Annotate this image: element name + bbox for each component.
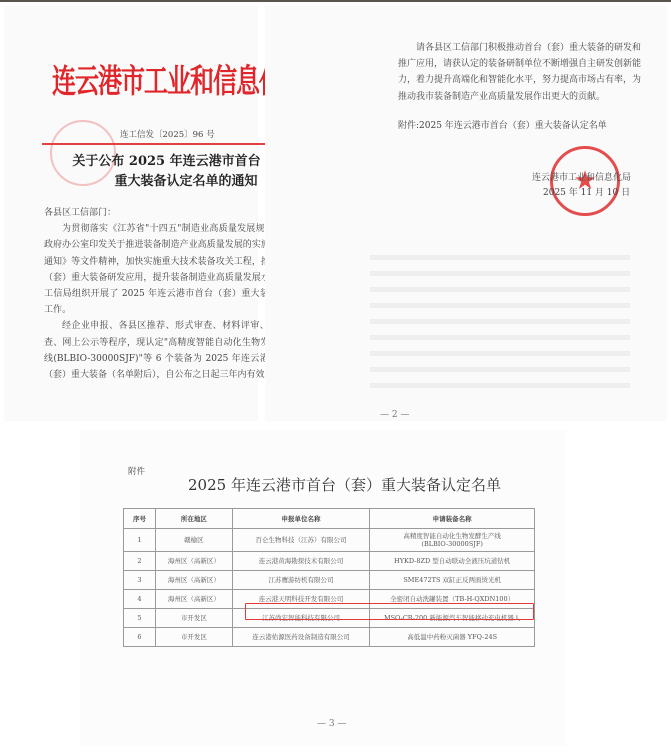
- letterhead-title: 连云港市工业和信息化局文件: [52, 54, 292, 101]
- signing-date: 2025 年 11 月 10 日: [543, 185, 630, 198]
- body-paragraph-2: 经企业申报、各县区推荐、形式审查、材料评审、现场核查、网上公示等程序，现认定"高…: [44, 318, 297, 383]
- equipment-name: 高精度智能自动化生物发酵生产线: [372, 532, 532, 540]
- cell-company: 连云港天明科技开发有限公司: [232, 590, 370, 609]
- cell-no: 3: [124, 571, 156, 590]
- cell-company: 江苏鹰游纺机有限公司: [232, 571, 370, 590]
- cell-equipment: MSO-CR-200 新能源汽车智能移动充电机器人: [370, 609, 535, 628]
- cell-company: 江苏尚宏智能科技有限公司: [232, 609, 370, 628]
- header-company: 申报单位名称: [232, 509, 370, 529]
- page-number-3: — 3 —: [317, 719, 346, 729]
- signing-authority: 连云港市工业和信息化局: [532, 170, 631, 183]
- header-equipment: 申请装备名称: [370, 509, 535, 529]
- cell-no: 6: [124, 628, 156, 647]
- window-top-border: [0, 0, 671, 2]
- cell-region: 市开发区: [155, 628, 232, 647]
- cell-no: 1: [124, 529, 156, 552]
- cell-company: 连云港佑源医药设备制造有限公司: [232, 628, 370, 647]
- document-number: 连工信发〔2025〕96 号: [120, 128, 215, 140]
- cell-equipment: 高精度智能自动化生物发酵生产线(BLBIO-30000SJF): [370, 529, 535, 552]
- cell-equipment: HYKD-8ZD 型自动联动全液压坑道钻机: [370, 552, 535, 571]
- cell-company: 百仑生物科技（江苏）有限公司: [232, 529, 370, 552]
- header-no: 序号: [124, 509, 156, 529]
- equipment-model: (BLBIO-30000SJF): [372, 540, 532, 548]
- page2-body: 请各县区工信部门积极推动首台（套）重大装备的研发和推广应用，请获认定的装备研制单…: [398, 40, 641, 105]
- salutation: 各县区工信部门：: [44, 205, 297, 221]
- table-row: 6 市开发区 连云港佑源医药设备制造有限公司 高低温中药粉灭菌器 YFQ-24S: [124, 628, 535, 647]
- bleed-through-text: [370, 255, 630, 395]
- table-row: 1 赣榆区 百仑生物科技（江苏）有限公司 高精度智能自动化生物发酵生产线(BLB…: [124, 529, 535, 552]
- list-title: 2025 年连云港市首台（套）重大装备认定名单: [188, 474, 501, 495]
- cell-no: 4: [124, 590, 156, 609]
- cell-region: 海州区（高新区）: [155, 590, 232, 609]
- cell-no: 5: [124, 609, 156, 628]
- page1-body: 各县区工信部门： 为贯彻落实《江苏省"十四五"制造业高质量发展规划》《市政府办公…: [44, 205, 297, 383]
- cell-company: 连云港黄海勘探技术有限公司: [232, 552, 370, 571]
- cell-region: 海州区（高新区）: [155, 571, 232, 590]
- equipment-list-table: 序号 所在地区 申报单位名称 申请装备名称 1 赣榆区 百仑生物科技（江苏）有限…: [123, 508, 535, 647]
- table-row: 3 海州区（高新区） 江苏鹰游纺机有限公司 SME472TS 双缸正反两面烫光机: [124, 571, 535, 590]
- attachment-label: 附件: [128, 465, 145, 477]
- table-row: 4 海州区（高新区） 连云港天明科技开发有限公司 全密闭自动洗罐装置（TB-H-…: [124, 590, 535, 609]
- cell-equipment: SME472TS 双缸正反两面烫光机: [370, 571, 535, 590]
- cell-region: 海州区（高新区）: [155, 552, 232, 571]
- page-number-2: — 2 —: [380, 410, 409, 420]
- header-region: 所在地区: [155, 509, 232, 529]
- table-row-highlighted: 5 市开发区 江苏尚宏智能科技有限公司 MSO-CR-200 新能源汽车智能移动…: [124, 609, 535, 628]
- table-header-row: 序号 所在地区 申报单位名称 申请装备名称: [124, 509, 535, 529]
- letterhead-red-rule: [42, 143, 292, 145]
- table-row: 2 海州区（高新区） 连云港黄海勘探技术有限公司 HYKD-8ZD 型自动联动全…: [124, 552, 535, 571]
- body-paragraph-3: 请各县区工信部门积极推动首台（套）重大装备的研发和推广应用，请获认定的装备研制单…: [398, 40, 641, 105]
- cell-equipment: 高低温中药粉灭菌器 YFQ-24S: [370, 628, 535, 647]
- cell-no: 2: [124, 552, 156, 571]
- cell-equipment: 全密闭自动洗罐装置（TB-H-QXDN100）: [370, 590, 535, 609]
- cell-region: 赣榆区: [155, 529, 232, 552]
- body-paragraph-1: 为贯彻落实《江苏省"十四五"制造业高质量发展规划》《市政府办公室印发关于推进装备…: [44, 221, 297, 318]
- attachment-reference: 附件:2025 年连云港市首台（套）重大装备认定名单: [398, 118, 607, 131]
- cell-region: 市开发区: [155, 609, 232, 628]
